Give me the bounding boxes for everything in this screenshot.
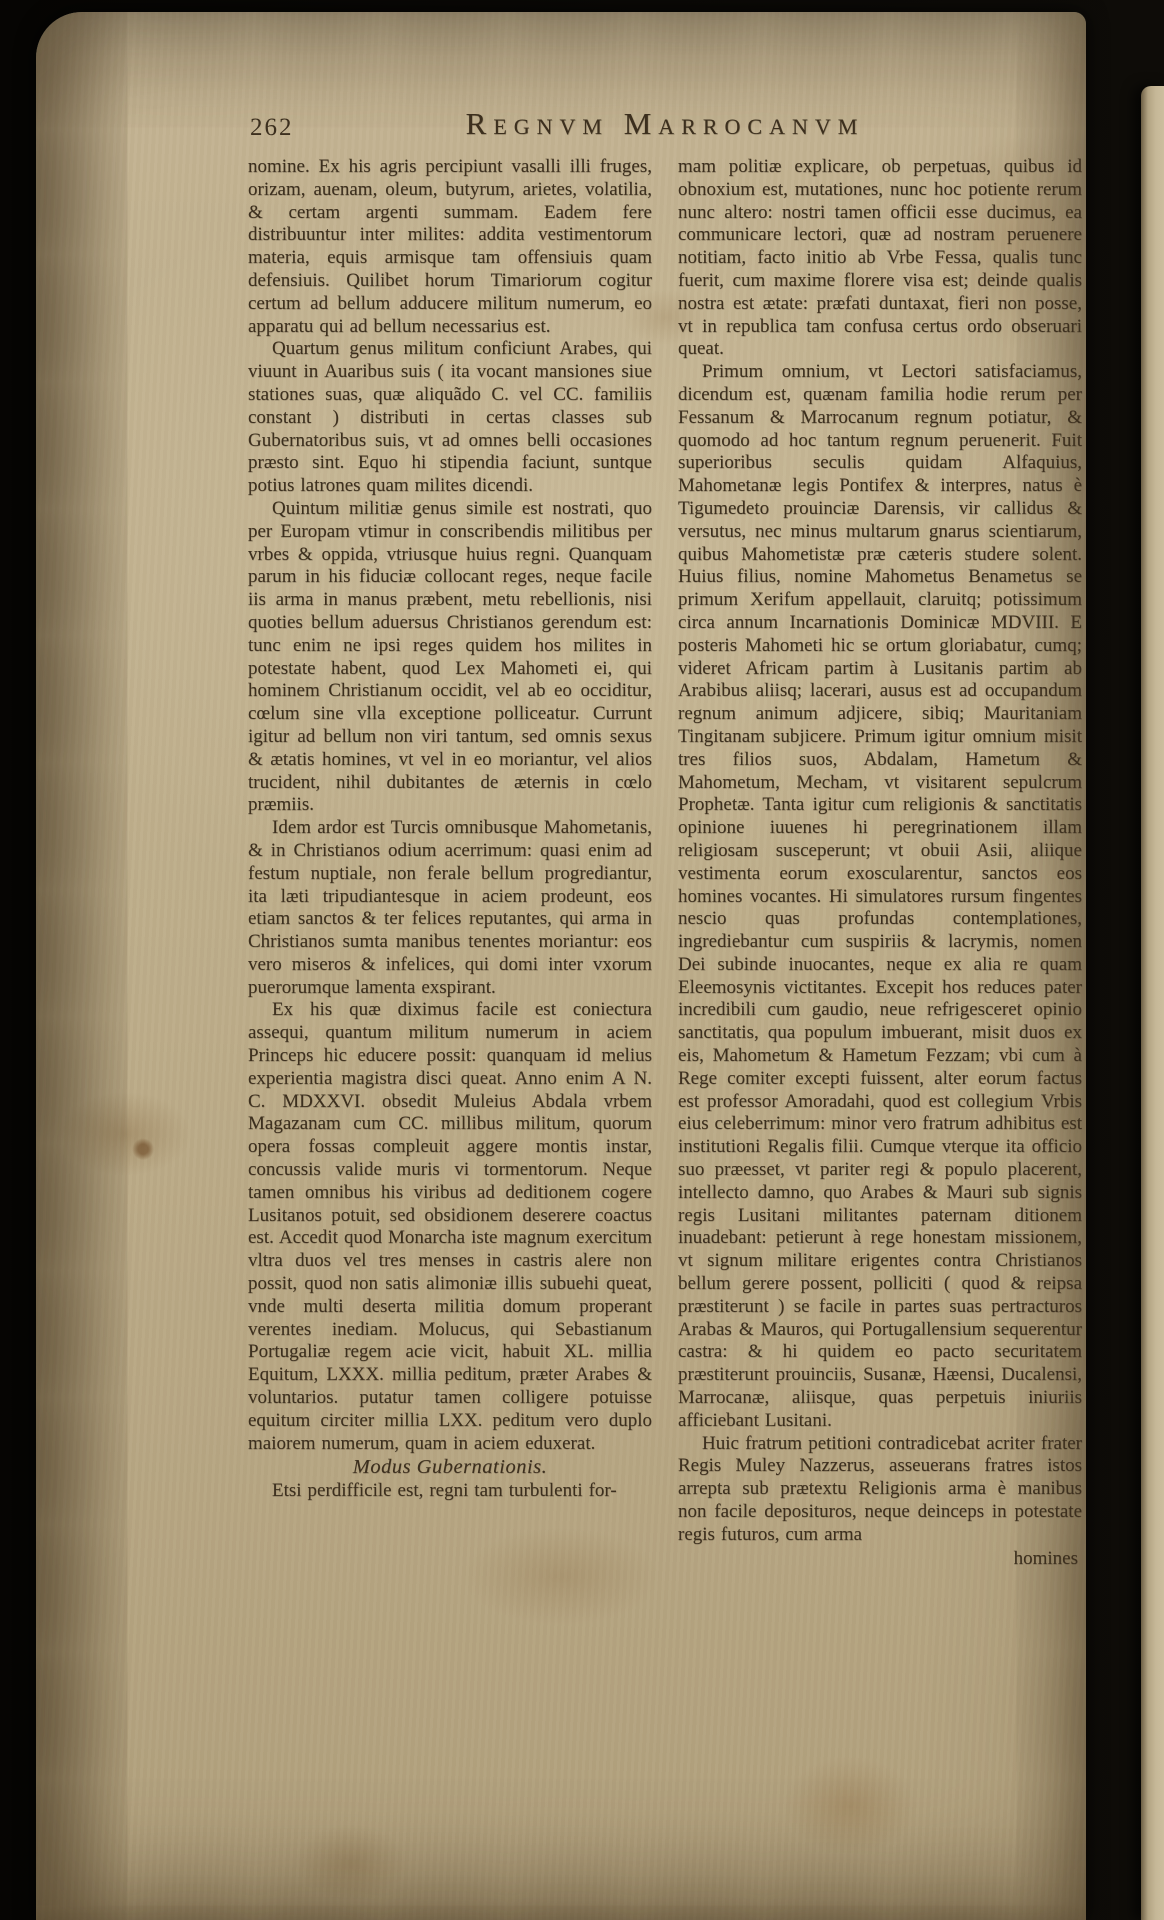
text-columns: nomine. Ex his agris percipiunt vasalli … [248, 156, 1082, 1570]
paragraph: Quartum genus militum conficiunt Arabes,… [248, 338, 652, 498]
paragraph: Quintum militiæ genus simile est nostrat… [248, 498, 652, 817]
paragraph: mam politiæ explicare, ob perpetuas, qui… [678, 156, 1082, 361]
paragraph: Huic fratrum petitioni contradicebat acr… [678, 1433, 1082, 1547]
right-column: mam politiæ explicare, ob perpetuas, qui… [678, 156, 1082, 1570]
catchword: homines [678, 1547, 1082, 1570]
paragraph: Etsi perdifficile est, regni tam turbule… [248, 1480, 652, 1503]
running-title: Regnvm Marrocanvm [248, 106, 1082, 142]
book-page: 262 Regnvm Marrocanvm nomine. Ex his agr… [36, 12, 1086, 1920]
adjacent-page-edge [1141, 86, 1164, 1920]
paragraph: Idem ardor est Turcis omnibusque Mahomet… [248, 817, 652, 999]
paragraph: Ex his quæ diximus facile est coniectura… [248, 999, 652, 1455]
scan-background: 262 Regnvm Marrocanvm nomine. Ex his agr… [0, 0, 1164, 1920]
section-heading: Modus Gubernationis. [248, 1456, 652, 1479]
page-header: 262 Regnvm Marrocanvm [248, 106, 1082, 148]
paragraph: Primum omnium, vt Lectori satisfaciamus,… [678, 361, 1082, 1432]
left-column: nomine. Ex his agris percipiunt vasalli … [248, 156, 652, 1570]
paragraph: nomine. Ex his agris percipiunt vasalli … [248, 156, 652, 338]
